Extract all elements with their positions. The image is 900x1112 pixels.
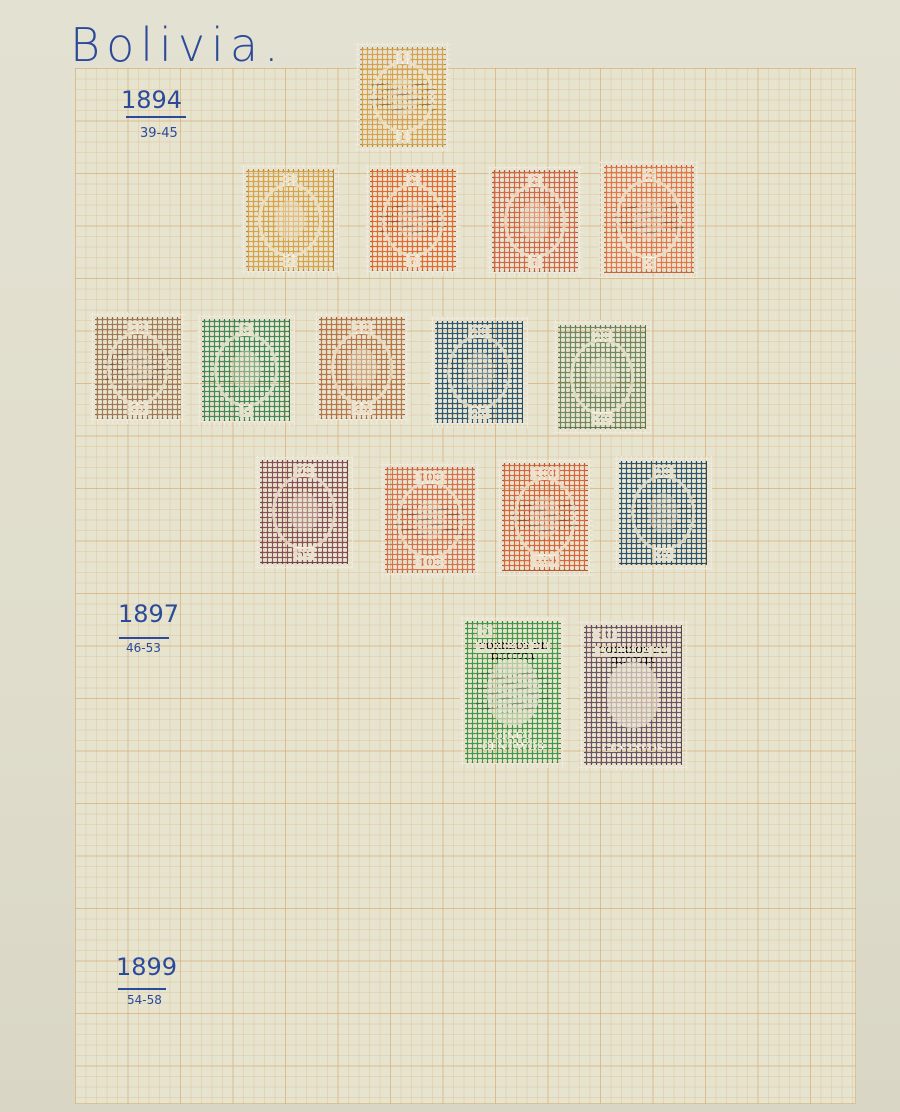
stamp-50-centavos: 5050 <box>255 455 353 569</box>
stamp-value-bottom: 20 <box>468 406 489 419</box>
year-underline <box>119 637 169 639</box>
stamp-value-top: 20 <box>468 325 489 338</box>
portrait-icon <box>607 662 660 727</box>
stamp-design: 2020 <box>558 325 646 429</box>
coat-of-arms-icon <box>289 492 319 532</box>
stamp-value-top: 50 <box>293 464 314 477</box>
section-range-1897: 46-53 <box>126 641 161 655</box>
stamp-value-top: 10 <box>127 321 148 334</box>
stamp-value-bottom: 5 <box>239 404 253 417</box>
graph-paper-grid <box>75 68 856 1104</box>
stamp-value-bottom: 20 <box>652 548 673 561</box>
stamp-2-centavos: 22 <box>365 164 461 276</box>
coat-of-arms-icon <box>275 200 305 239</box>
stamp-10-centavos: 1010 <box>314 312 410 424</box>
stamp-design: 100100 <box>502 463 588 571</box>
album-page: Bolivia. 1894 39-45 1897 46-53 1899 54-5… <box>0 0 900 1112</box>
stamp-value-top: 2 <box>642 169 656 182</box>
stamp-value-bottom: 100 <box>416 556 445 569</box>
coat-of-arms-icon <box>520 201 550 240</box>
stamp-design: 1010 <box>319 317 405 419</box>
stamp-value-top: 5 <box>239 323 253 336</box>
cancellation-mark <box>396 505 465 536</box>
cancellation-mark <box>445 357 512 386</box>
stamp-design: 2020 <box>619 461 707 565</box>
page-title: Bolivia. <box>70 18 285 72</box>
stamp-2-centavos: 22 <box>487 165 583 277</box>
stamp-value-top: 20 <box>591 329 612 342</box>
stamp-design: CORREOS DE BOLIVIACINCO CENTAVOS5 <box>465 621 561 763</box>
stamp-design: 55 <box>202 319 290 421</box>
stamp-value-bottom: 2 <box>406 254 420 267</box>
stamp-1-centavos: 11 <box>241 164 339 276</box>
stamp-value-bottom: 10 <box>351 402 372 415</box>
cancellation-mark <box>476 671 550 712</box>
stamp-value-bottom: 10 <box>127 402 148 415</box>
stamp-design: 11 <box>360 47 446 147</box>
stamp-design: 11 <box>246 169 334 271</box>
stamp-10-centavos: CORREOS DE BOLIVIACENTAVOS10 <box>579 620 687 770</box>
stamp-value-bottom: 50 <box>293 547 314 560</box>
stamp-value-top: 10 <box>351 321 372 334</box>
stamp-20-centavos: 2020 <box>430 316 528 428</box>
stamp-design: 5050 <box>260 460 348 564</box>
cancellation-mark <box>615 203 684 234</box>
stamp-5-centavos: 55 <box>197 314 295 426</box>
stamp-inscription: CORREOS DE BOLIVIA <box>476 642 550 653</box>
stamp-design: 22 <box>370 169 456 271</box>
coat-of-arms-icon <box>231 350 261 389</box>
section-year-1894: 1894 <box>121 86 182 114</box>
cancellation-mark <box>105 353 171 382</box>
stamp-1-centavos: 11 <box>355 42 451 152</box>
stamp-design: 22 <box>604 165 694 273</box>
section-year-1899: 1899 <box>116 953 177 981</box>
stamp-20-centavos: 2020 <box>553 320 651 434</box>
stamp-5-centavos: CORREOS DE BOLIVIACINCO CENTAVOS5 <box>460 616 566 768</box>
stamp-value-top: 1 <box>283 173 297 186</box>
year-underline <box>118 988 166 990</box>
stamp-10-centavos: 1010 <box>90 312 186 424</box>
stamp-value-bottom: 2 <box>642 256 656 269</box>
coat-of-arms-icon <box>587 357 617 397</box>
stamp-footer: CENTAVOS <box>595 744 670 755</box>
section-range-1899: 54-58 <box>127 993 162 1007</box>
year-underline <box>126 116 186 118</box>
stamp-value-top: 2 <box>406 173 420 186</box>
stamp-inscription: CORREOS DE BOLIVIA <box>595 646 670 657</box>
cancellation-mark <box>370 83 436 112</box>
stamp-value-bottom: 1 <box>283 254 297 267</box>
stamp-100-centavos: 100100 <box>380 462 480 578</box>
section-year-1897: 1897 <box>118 600 179 628</box>
stamp-value-bottom: 20 <box>591 412 612 425</box>
cancellation-mark <box>512 501 578 532</box>
stamp-value-top: 1 <box>396 51 410 64</box>
stamp-value-top: 20 <box>652 465 673 478</box>
stamp-20-centavos: 2020 <box>614 456 712 570</box>
stamp-value-top: 100 <box>416 471 445 484</box>
stamp-value: 5 <box>478 625 493 638</box>
stamp-design: 100100 <box>385 467 475 573</box>
cancellation-mark <box>380 205 446 234</box>
stamp-2-centavos: 22 <box>599 160 699 278</box>
stamp-value-top: 2 <box>528 174 542 187</box>
stamp-value-top: 100 <box>531 467 560 480</box>
stamp-design: 1010 <box>95 317 181 419</box>
stamp-design: 22 <box>492 170 578 272</box>
coat-of-arms-icon <box>347 348 377 387</box>
cancellation-mark <box>629 498 696 528</box>
stamp-100-centavos: 100100 <box>497 458 593 576</box>
stamp-design: 2020 <box>435 321 523 423</box>
stamp-footer: CINCO CENTAVOS <box>476 731 550 753</box>
stamp-value: 10 <box>593 629 617 642</box>
stamp-value-bottom: 100 <box>531 554 560 567</box>
stamp-design: CORREOS DE BOLIVIACENTAVOS10 <box>584 625 682 765</box>
stamp-value-bottom: 1 <box>396 130 410 143</box>
section-range-1894: 39-45 <box>140 126 178 141</box>
stamp-value-bottom: 2 <box>528 255 542 268</box>
